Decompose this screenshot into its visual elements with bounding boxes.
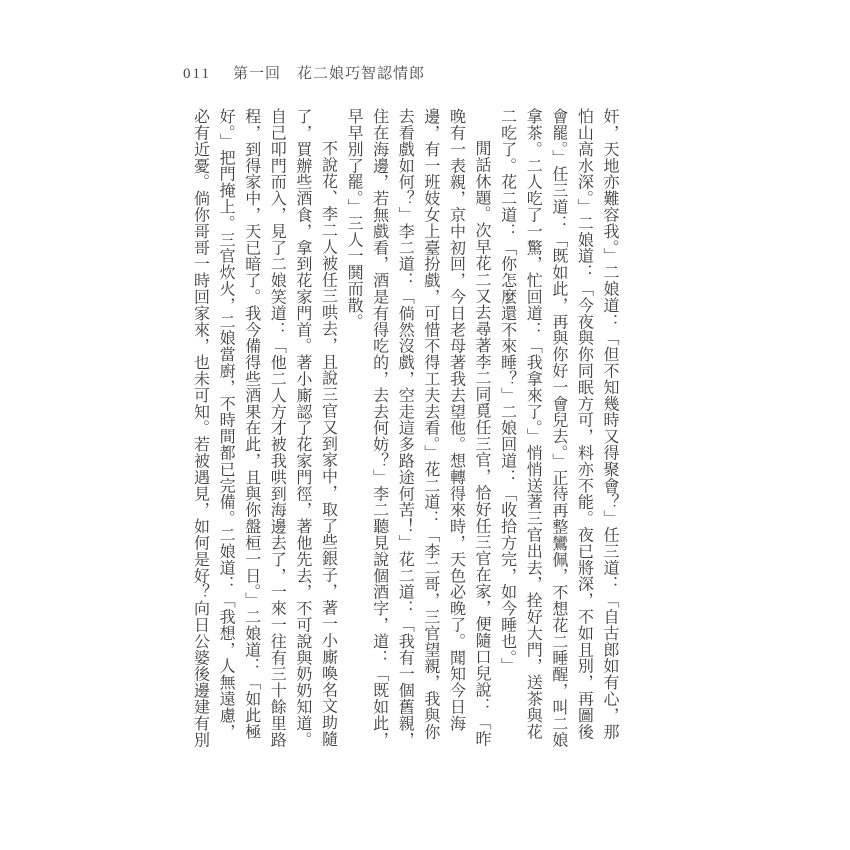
chapter-label: 第一回	[233, 66, 281, 82]
paragraph: 奸，天地亦難容我。」二娘道：「但不知幾時又得聚會？」任三道：「自古郎如有心，那怕…	[494, 108, 622, 750]
book-page: 011第一回花二娘巧智認情郎 奸，天地亦難容我。」二娘道：「但不知幾時又得聚會？…	[0, 0, 850, 850]
paragraph: 閒話休題。次早花二又去尋著李二同覓任三官，恰好任三官在家，便隨口兒說：「昨晚有一…	[340, 108, 494, 750]
paragraph: 不說花、李二人被任三哄去，且說三官又到家中，取了些銀子，著一小廝喚名文助隨了，買…	[187, 108, 341, 750]
page-number: 011	[183, 66, 211, 82]
body-text: 奸，天地亦難容我。」二娘道：「但不知幾時又得聚會？」任三道：「自古郎如有心，那怕…	[187, 108, 622, 750]
running-header: 011第一回花二娘巧智認情郎	[183, 62, 425, 83]
chapter-title: 花二娘巧智認情郎	[297, 66, 425, 82]
